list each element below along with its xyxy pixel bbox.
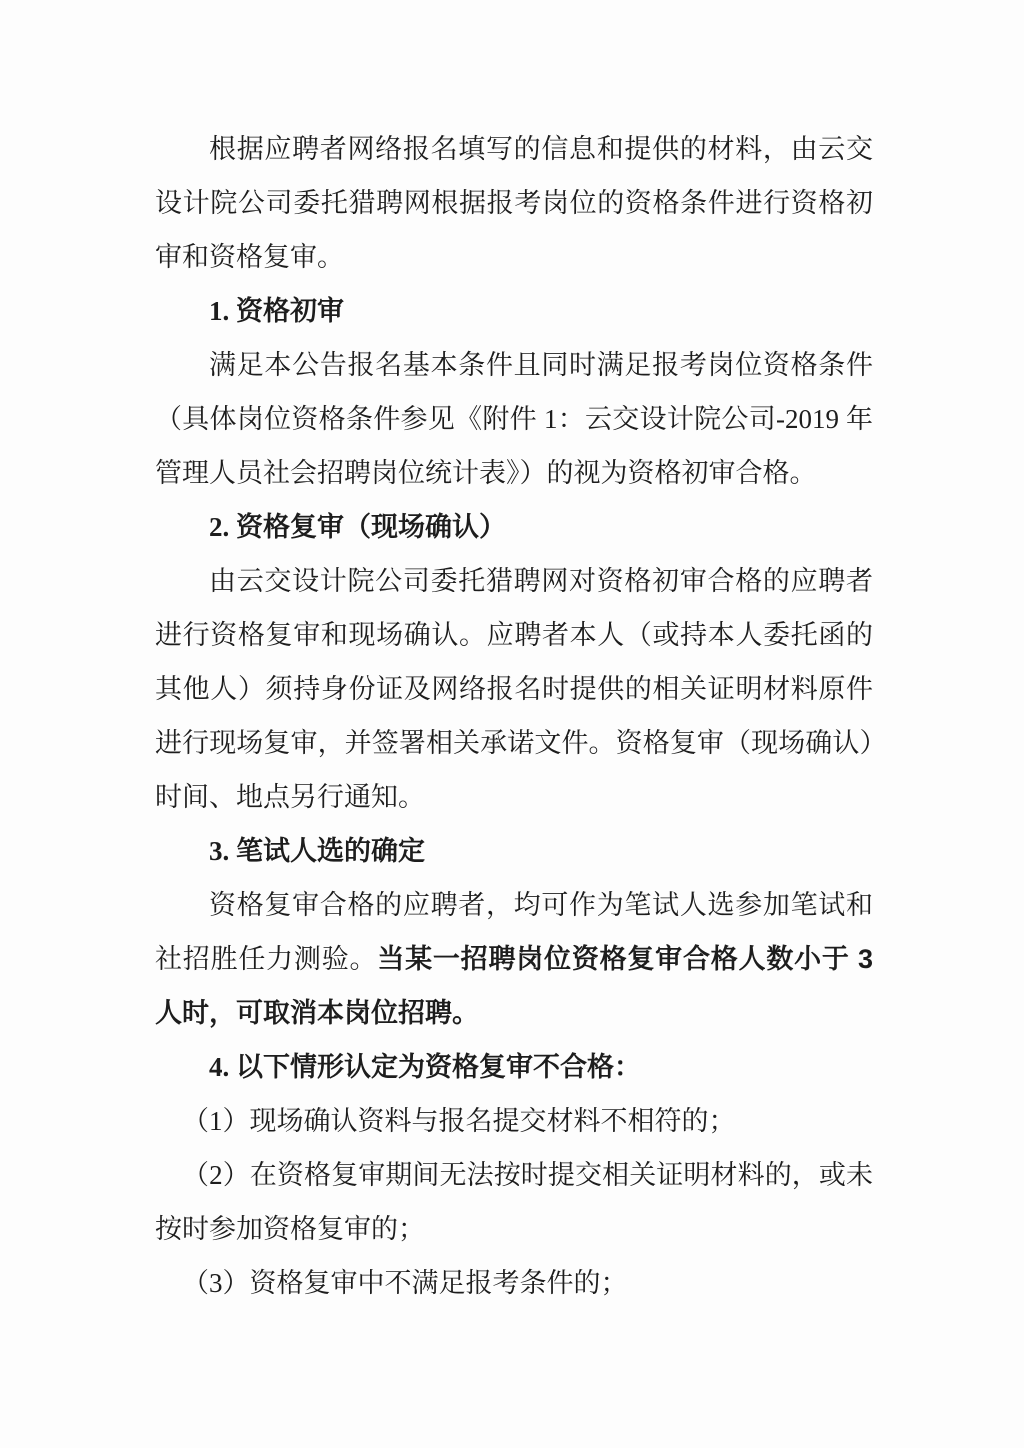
paragraph: 资格复审合格的应聘者，均可作为笔试人选参加笔试和社招胜任力测验。当某一招聘岗位资… <box>155 878 873 1040</box>
text-run: 根据应聘者网络报名填写的信息和提供的材料，由云交设计院公司委托猎聘网根据报考岗位… <box>155 134 873 272</box>
document-body: 根据应聘者网络报名填写的信息和提供的材料，由云交设计院公司委托猎聘网根据报考岗位… <box>155 122 873 1310</box>
paragraph: 由云交设计院公司委托猎聘网对资格初审合格的应聘者进行资格复审和现场确认。应聘者本… <box>155 554 873 824</box>
text-run: 3. 笔试人选的确定 <box>209 836 425 866</box>
text-run: 由云交设计院公司委托猎聘网对资格初审合格的应聘者进行资格复审和现场确认。应聘者本… <box>155 566 873 812</box>
text-run: 1. 资格初审 <box>209 296 344 326</box>
section-heading: 1. 资格初审 <box>155 284 873 338</box>
text-run: （3）资格复审中不满足报考条件的； <box>182 1268 628 1298</box>
paragraph: 满足本公告报名基本条件且同时满足报考岗位资格条件（具体岗位资格条件参见《附件 1… <box>155 338 873 500</box>
text-run: 4. 以下情形认定为资格复审不合格： <box>209 1052 641 1082</box>
text-run: （1）现场确认资料与报名提交材料不相符的； <box>182 1106 736 1136</box>
paragraph: （3）资格复审中不满足报考条件的； <box>155 1256 873 1310</box>
document-page: 根据应聘者网络报名填写的信息和提供的材料，由云交设计院公司委托猎聘网根据报考岗位… <box>0 0 1024 1448</box>
paragraph: （2）在资格复审期间无法按时提交相关证明材料的，或未按时参加资格复审的； <box>155 1148 873 1256</box>
section-heading: 2. 资格复审（现场确认） <box>155 500 873 554</box>
text-run: 满足本公告报名基本条件且同时满足报考岗位资格条件（具体岗位资格条件参见《附件 1… <box>155 350 873 488</box>
text-run: （2）在资格复审期间无法按时提交相关证明材料的，或未按时参加资格复审的； <box>155 1160 873 1244</box>
section-heading: 4. 以下情形认定为资格复审不合格： <box>155 1040 873 1094</box>
paragraph: （1）现场确认资料与报名提交材料不相符的； <box>155 1094 873 1148</box>
paragraph: 根据应聘者网络报名填写的信息和提供的材料，由云交设计院公司委托猎聘网根据报考岗位… <box>155 122 873 284</box>
section-heading: 3. 笔试人选的确定 <box>155 824 873 878</box>
text-run: 2. 资格复审（现场确认） <box>209 512 506 542</box>
